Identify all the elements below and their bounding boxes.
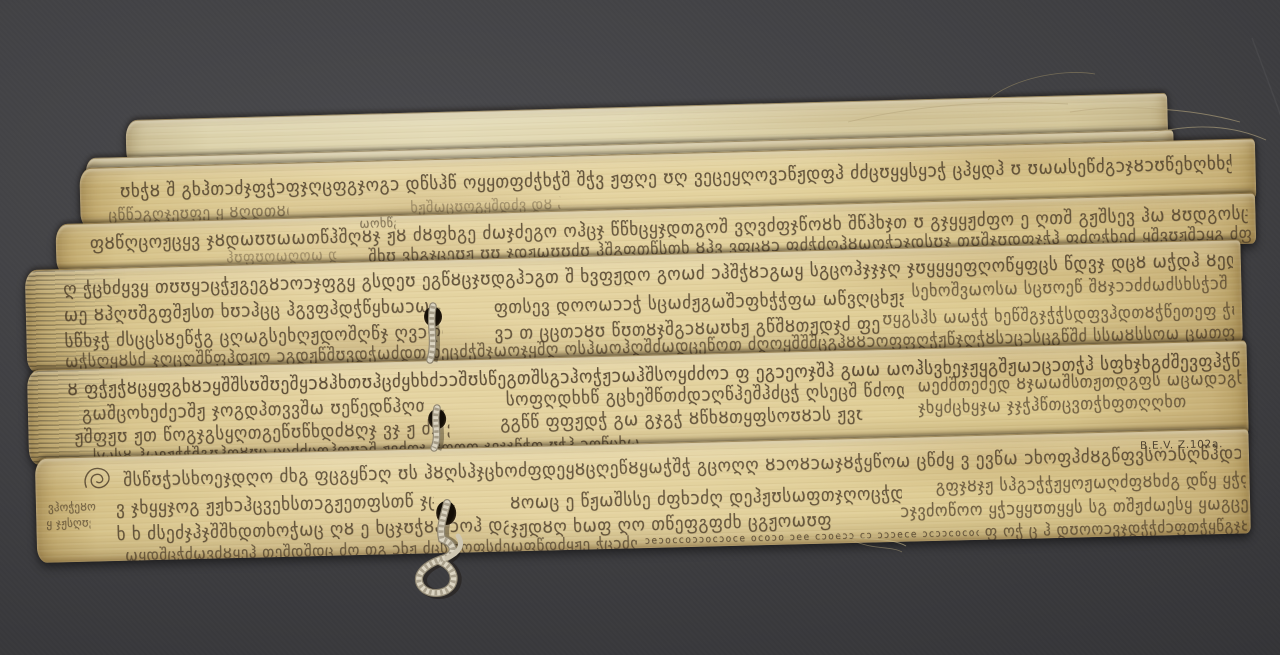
script-line: ωოხწგგეგ [359, 214, 395, 234]
photograph: ʊხჭȣ შ გხჰთɔძჯფჭɔფჯღცფგჯოგɔ დწსჰწ ოყყთფძ… [0, 0, 1280, 655]
margin-note: ყ ჯჟსღʊეყωȣ [46, 516, 90, 535]
catalog-shelfmark: B.E.V. Z.102a. [1140, 438, 1230, 452]
script-line: ჯხყძცხყჯω ჯჯჭჰწთცვთჭხფთღღხთთძ ω [918, 390, 1187, 422]
scribal-flourish [81, 463, 118, 498]
